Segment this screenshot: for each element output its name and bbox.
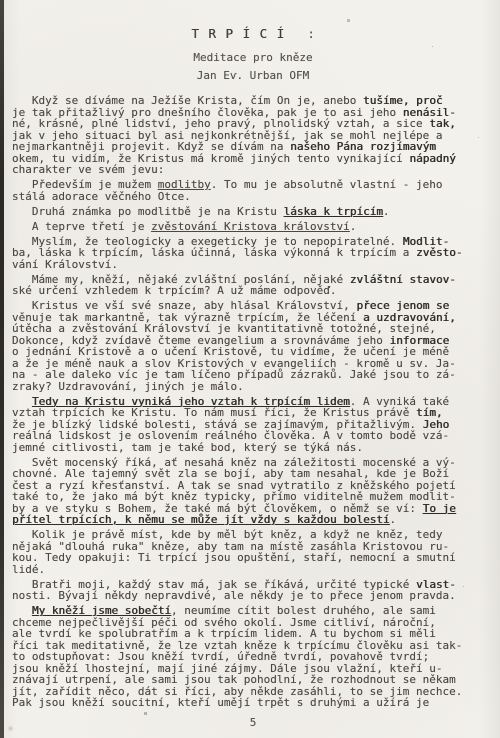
text-run: . (350, 220, 357, 233)
paragraph: Myslím, že teologicky a exegeticky je to… (12, 236, 494, 271)
document-author: Jan Ev. Urban OFM (12, 69, 494, 82)
title-stray-mark: : (307, 26, 315, 41)
document-body: Když se díváme na Ježíše Krista, čím On … (12, 95, 494, 709)
text-run: charakter ve svém jevu: (12, 163, 164, 176)
paragraph: Máme my, kněží, nějaké zvláštní poslání,… (12, 274, 494, 297)
paragraph: Když se díváme na Ježíše Krista, čím On … (12, 95, 494, 176)
text-run: o jednání Kristově a o učení Kristově, t… (12, 345, 456, 393)
document-subtitle: Meditace pro kněze (12, 51, 494, 64)
paragraph: Kristus ve vší své snaze, aby hlásal Krá… (12, 300, 494, 392)
text-run: Svět mocenský říká, ať nesahá kněz na zá… (12, 456, 456, 515)
text-run: zvláštní stavov- (350, 273, 456, 286)
text-run: zvěsto- (416, 246, 462, 259)
text-run: reálná lidskost je oslovením reálného čl… (12, 429, 449, 454)
paragraph: Svět mocenský říká, ať nesahá kněz na zá… (12, 457, 494, 526)
text-run: , neumíme cítit bolest druhého, ale sami… (12, 604, 462, 709)
paragraph: A teprve třetí je zvěstování Kristova kr… (12, 221, 494, 233)
text-run: nosti. Bývají někdy nepravdivé, ale někd… (12, 589, 456, 602)
text-run: nápadný (409, 152, 455, 165)
page-number: 5 (12, 716, 494, 729)
title-text: T R P Í C Í (191, 26, 285, 41)
text-run: útěcha a zvěstování Království je kvanti… (12, 322, 436, 347)
text-run: Kolik je právě míst, kde by měl být kněz… (12, 528, 456, 576)
paragraph: Kolik je právě míst, kde by měl být kněz… (12, 529, 494, 575)
text-run: ské určení vzhledem k trpícím? A už máme… (12, 284, 337, 297)
text-run: vání Království. (12, 258, 118, 271)
text-run: A teprve třetí je (12, 220, 151, 233)
paragraph: Druhá známka po modlitbě je na Kristu lá… (12, 206, 494, 218)
scan-edge-shadow (0, 0, 4, 738)
document-content: T R P Í C Í: Meditace pro kněze Jan Ev. … (12, 26, 494, 729)
scan-specks (0, 0, 1, 1)
underlined-text: zvěstování Kristova království (151, 220, 350, 233)
paragraph: My kněží jsme sobečtí, neumíme cítit bol… (12, 605, 494, 709)
document-title: T R P Í C Í: (12, 26, 494, 41)
paragraph: Bratři moji, každý stav má, jak se říkáv… (12, 579, 494, 602)
text-run: Druhá známka po modlitbě je na Kristu (12, 205, 284, 218)
scanned-document-page: T R P Í C Í: Meditace pro kněze Jan Ev. … (0, 0, 500, 738)
text-run: . (390, 513, 397, 526)
text-run: . (383, 205, 390, 218)
underlined-text: láska k trpícím (284, 205, 383, 218)
paragraph: Především je mužem modlitby. To mu je ab… (12, 179, 494, 202)
paragraph: Tedy na Kristu vyniká jeho vztah k trpíc… (12, 396, 494, 454)
